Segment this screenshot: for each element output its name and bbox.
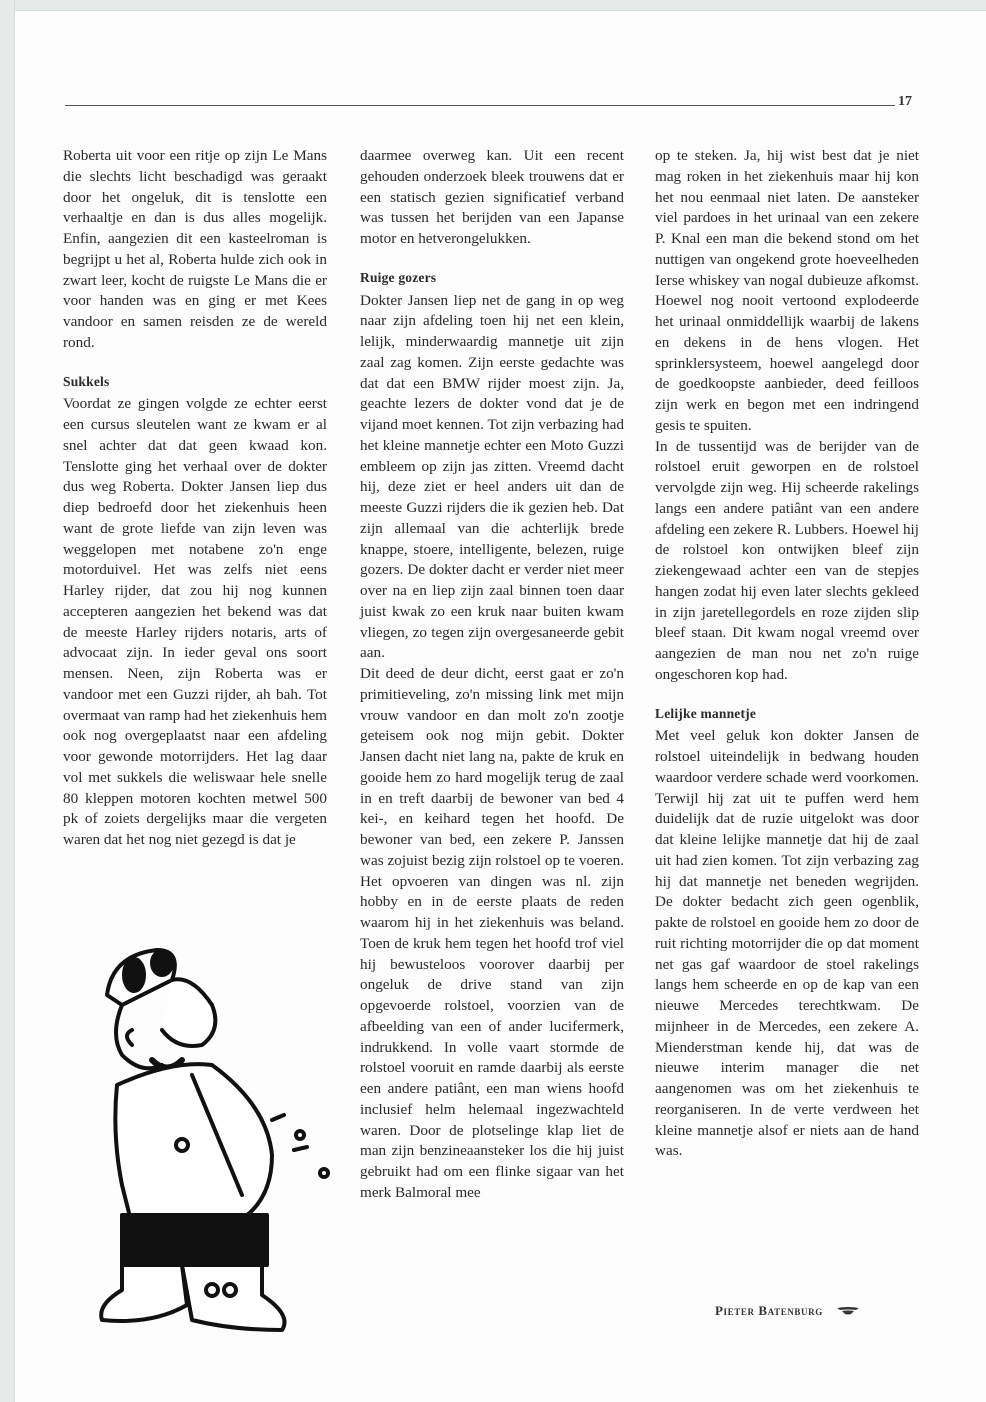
article-column-1: Roberta uit voor een ritje op zijn Le Ma… <box>63 146 327 851</box>
moto-guzzi-eagle-icon <box>837 1306 859 1316</box>
article-column-3: op te steken. Ja, hij wist best dat je n… <box>655 146 919 1162</box>
cartoon-motorcyclist-illustration <box>62 935 332 1345</box>
paragraph: daarmee overweg kan. Uit een recent geho… <box>360 146 624 250</box>
subheading-sukkels: Sukkels <box>63 372 327 393</box>
subheading-lelijke-mannetje: Lelijke mannetje <box>655 704 919 725</box>
paragraph: op te steken. Ja, hij wist best dat je n… <box>655 146 919 437</box>
paragraph: Dit deed de deur dicht, eerst gaat er zo… <box>360 664 624 1204</box>
page-number: 17 <box>898 94 912 110</box>
scan-edge-left <box>0 0 15 1402</box>
header-rule <box>65 105 895 106</box>
paragraph: In de tussentijd was de berijder van de … <box>655 437 919 686</box>
author-name: Pieter Batenburg <box>715 1303 823 1319</box>
paragraph: Dokter Jansen liep net de gang in op weg… <box>360 291 624 665</box>
article-column-2: daarmee overweg kan. Uit een recent geho… <box>360 146 624 1204</box>
paragraph: Met veel geluk kon dokter Jansen de rols… <box>655 726 919 1162</box>
author-byline: Pieter Batenburg <box>715 1303 859 1319</box>
scan-edge-top <box>0 0 986 11</box>
subheading-ruige-gozers: Ruige gozers <box>360 268 624 289</box>
paragraph: Voordat ze gingen volgde ze echter eerst… <box>63 394 327 851</box>
paragraph: Roberta uit voor een ritje op zijn Le Ma… <box>63 146 327 354</box>
